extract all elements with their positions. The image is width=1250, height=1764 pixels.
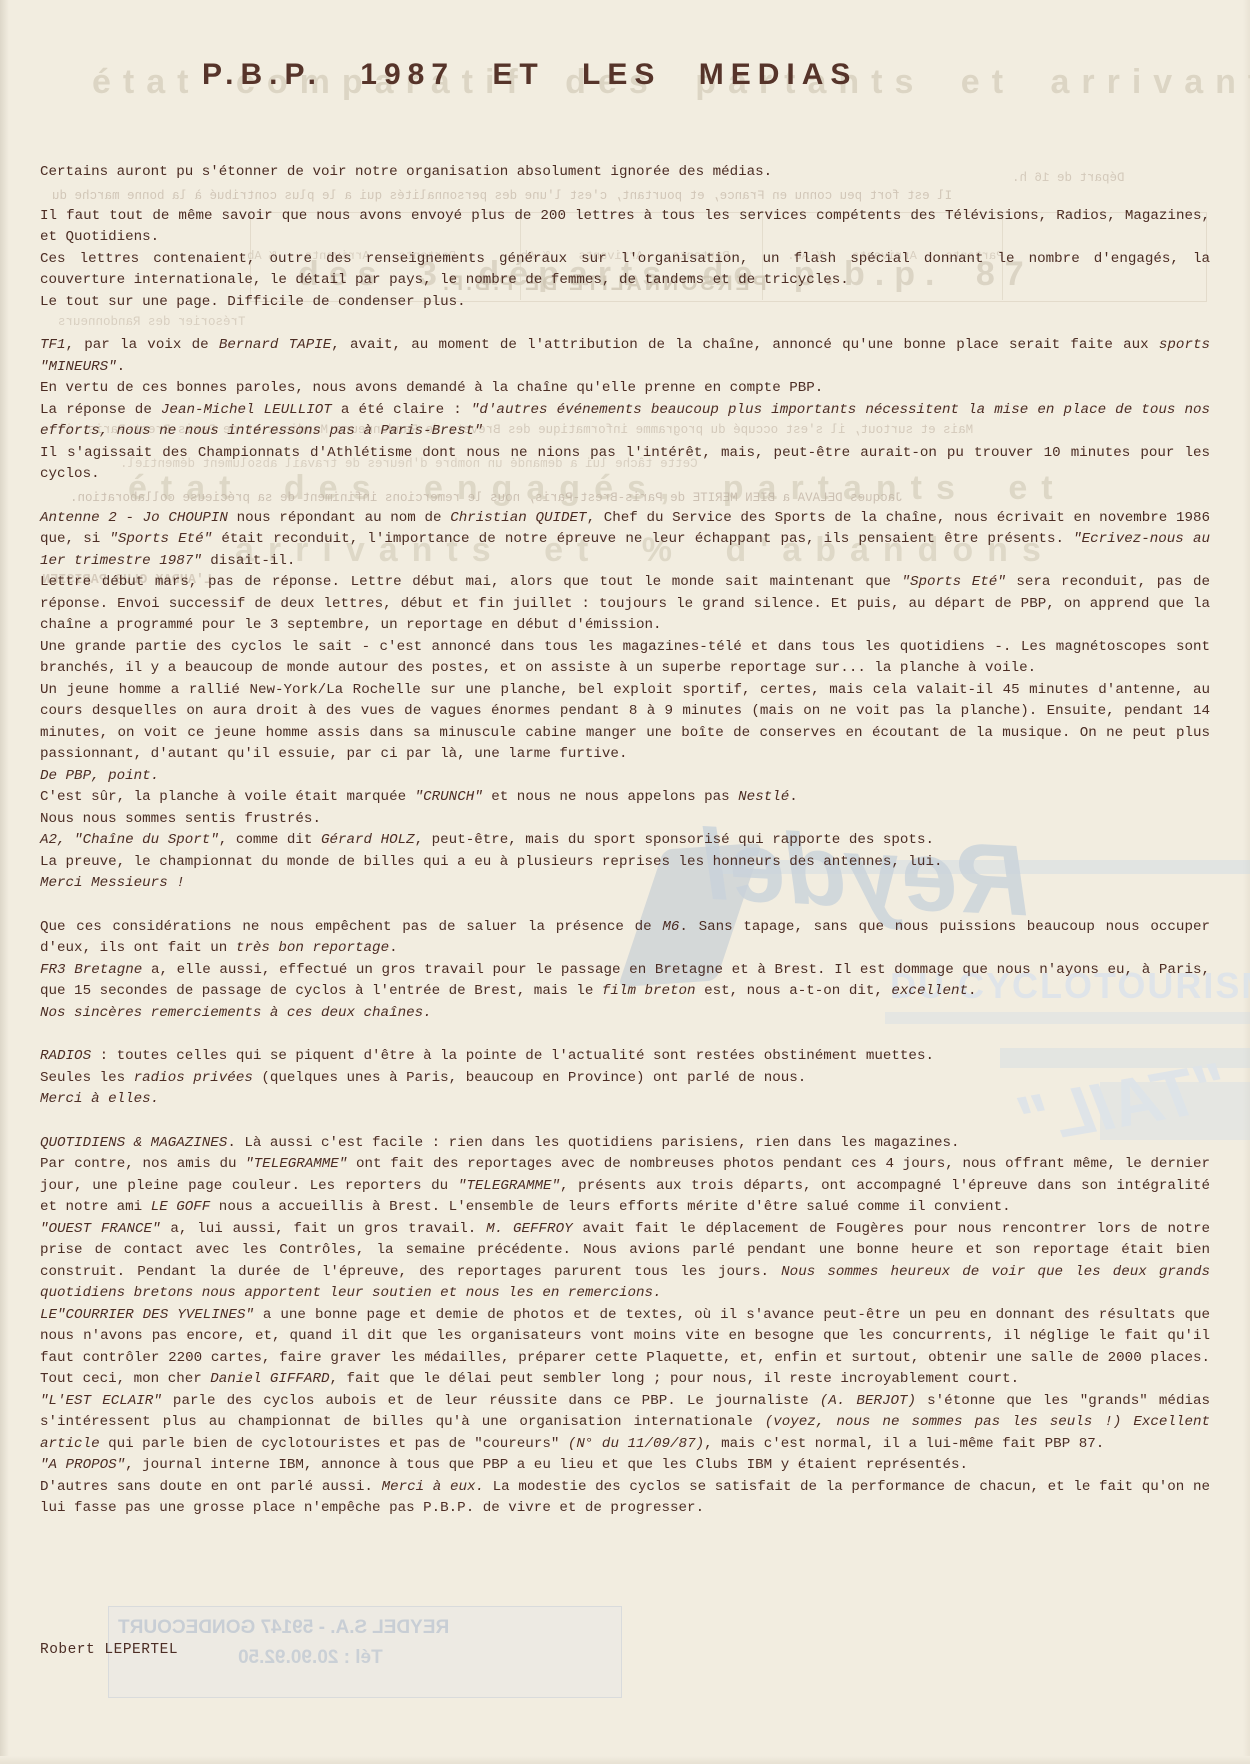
- emphasized-text: (A. BERJOT): [820, 1393, 916, 1409]
- emphasized-text: excellent: [891, 983, 968, 999]
- body-text: Nous nous sommes sentis frustrés.: [40, 811, 321, 827]
- emphasized-text: Nos sincères remerciements à ces deux ch…: [40, 1005, 432, 1021]
- paper-edge-bottom: [0, 1756, 1250, 1764]
- body-text: nous a accueillis à Brest. L'ensemble de…: [210, 1199, 1010, 1215]
- body-text: et nous ne nous appelons pas: [483, 789, 738, 805]
- paragraph: Merci Messieurs !: [40, 873, 1210, 895]
- emphasized-text: LE GOFF: [151, 1199, 211, 1215]
- paragraph: En vertu de ces bonnes paroles, nous avo…: [40, 378, 1210, 400]
- body-text: Que ces considérations ne nous empêchent…: [40, 919, 662, 935]
- emphasized-text: De PBP, point.: [40, 768, 159, 784]
- emphasized-text: "L'EST ECLAIR": [40, 1393, 162, 1409]
- paragraph: Que ces considérations ne nous empêchent…: [40, 917, 1210, 960]
- emphasized-text: Christian QUIDET: [450, 510, 586, 526]
- paragraph: De PBP, point.: [40, 766, 1210, 788]
- body-text: , peut-être, mais du sport sponsorisé qu…: [415, 832, 934, 848]
- body-text: Seules les: [40, 1070, 134, 1086]
- paragraph: A2, "Chaîne du Sport", comme dit Gérard …: [40, 830, 1210, 852]
- body-text: -: [117, 510, 143, 526]
- emphasized-text: "CRUNCH": [415, 789, 483, 805]
- emphasized-text: (N° du 11/09/87): [568, 1436, 704, 1452]
- document-page: état comparatif des partants et arrivant…: [0, 0, 1250, 1764]
- body-text: .: [117, 359, 126, 375]
- emphasized-text: "TELEGRAMME": [245, 1156, 347, 1172]
- body-text: Par contre, nos amis du: [40, 1156, 245, 1172]
- paragraph: Certains auront pu s'étonner de voir not…: [40, 162, 1210, 184]
- page-content: P.B.P. 1987 ET LES MEDIAS Certains auron…: [0, 0, 1250, 1658]
- body-text: , journal interne IBM, annonce à tous qu…: [125, 1457, 968, 1473]
- body-text: a, lui aussi, fait un gros travail.: [161, 1221, 487, 1237]
- body-text: .: [968, 983, 977, 999]
- body-text: Certains auront pu s'étonner de voir not…: [40, 164, 772, 180]
- paragraph: Il s'agissait des Championnats d'Athléti…: [40, 443, 1210, 486]
- emphasized-text: "A PROPOS": [40, 1457, 125, 1473]
- emphasized-text: radios privées: [134, 1070, 253, 1086]
- body-text: disait-il.: [202, 553, 296, 569]
- paragraph: FR3 Bretagne a, elle aussi, effectué un …: [40, 960, 1210, 1003]
- paragraph: Nous nous sommes sentis frustrés.: [40, 809, 1210, 831]
- paragraph: Il faut tout de même savoir que nous avo…: [40, 206, 1210, 249]
- emphasized-text: A2, "Chaîne du Sport": [40, 832, 219, 848]
- body-text: C'est sûr, la planche à voile était marq…: [40, 789, 415, 805]
- body-text: a été claire :: [332, 402, 471, 418]
- paragraph: LE"COURRIER DES YVELINES" a une bonne pa…: [40, 1305, 1210, 1391]
- body-text: : toutes celles qui se piquent d'être à …: [91, 1048, 934, 1064]
- emphasized-text: Nestlé: [738, 789, 789, 805]
- emphasized-text: Merci à elles.: [40, 1091, 159, 1107]
- body-text: Il s'agissait des Championnats d'Athléti…: [40, 445, 1210, 483]
- emphasized-text: RADIOS: [40, 1048, 91, 1064]
- emphasized-text: Antenne 2: [40, 510, 117, 526]
- emphasized-text: Merci Messieurs !: [40, 875, 185, 891]
- paragraph: "L'EST ECLAIR" parle des cyclos aubois e…: [40, 1391, 1210, 1456]
- emphasized-text: film breton: [602, 983, 696, 999]
- body-text: parle des cyclos aubois et de leur réuss…: [162, 1393, 820, 1409]
- paragraph: Lettre début mars, pas de réponse. Lettr…: [40, 572, 1210, 637]
- paragraph: Seules les radios privées (quelques unes…: [40, 1068, 1210, 1090]
- emphasized-text: "Sports Eté": [902, 574, 1006, 590]
- body-paragraphs: Certains auront pu s'étonner de voir not…: [40, 162, 1210, 1520]
- body-text: Un jeune homme a rallié New-York/La Roch…: [40, 682, 1210, 763]
- paragraph: Nos sincères remerciements à ces deux ch…: [40, 1003, 1210, 1025]
- body-text: est, nous a-t-on dit,: [696, 983, 892, 999]
- body-text: D'autres sans doute en ont parlé aussi.: [40, 1479, 382, 1495]
- body-text: , avait, au moment de l'attribution de l…: [331, 337, 1159, 353]
- paragraph: Une grande partie des cyclos le sait - c…: [40, 637, 1210, 680]
- body-text: .: [389, 940, 398, 956]
- body-text: (quelques unes à Paris, beaucoup en Prov…: [253, 1070, 806, 1086]
- emphasized-text: FR3 Bretagne: [40, 962, 142, 978]
- body-text: . Là aussi c'est facile : rien dans les …: [227, 1135, 959, 1151]
- emphasized-text: LE"COURRIER DES YVELINES": [40, 1307, 254, 1323]
- paragraph: Un jeune homme a rallié New-York/La Roch…: [40, 680, 1210, 766]
- paragraph: La réponse de Jean-Michel LEULLIOT a été…: [40, 400, 1210, 443]
- body-text: La réponse de: [40, 402, 161, 418]
- body-text: était reconduit, l'importance de notre é…: [212, 531, 1073, 547]
- body-text: , par la voix de: [66, 337, 219, 353]
- body-text: Une grande partie des cyclos le sait - c…: [40, 639, 1210, 677]
- body-text: nous répondant au nom de: [228, 510, 450, 526]
- body-text: Il faut tout de même savoir que nous avo…: [40, 208, 1210, 246]
- paragraph: La preuve, le championnat du monde de bi…: [40, 852, 1210, 874]
- paragraph: Le tout sur une page. Difficile de conde…: [40, 292, 1210, 314]
- emphasized-text: QUOTIDIENS & MAGAZINES: [40, 1135, 227, 1151]
- emphasized-text: Jean-Michel LEULLIOT: [161, 402, 332, 418]
- body-text: Lettre début mars, pas de réponse. Lettr…: [40, 574, 902, 590]
- emphasized-text: M6: [662, 919, 679, 935]
- body-text: , mais c'est normal, il a lui-même fait …: [704, 1436, 1104, 1452]
- emphasized-text: très bon reportage: [236, 940, 389, 956]
- body-text: .: [789, 789, 798, 805]
- body-text: La preuve, le championnat du monde de bi…: [40, 854, 942, 870]
- paragraph: "A PROPOS", journal interne IBM, annonce…: [40, 1455, 1210, 1477]
- paragraph: C'est sûr, la planche à voile était marq…: [40, 787, 1210, 809]
- paragraph: RADIOS : toutes celles qui se piquent d'…: [40, 1046, 1210, 1068]
- emphasized-text: Bernard TAPIE: [219, 337, 331, 353]
- emphasized-text: "Sports Eté": [109, 531, 212, 547]
- body-text: , fait que le délai peut sembler long ; …: [329, 1371, 1019, 1387]
- paragraph: Par contre, nos amis du "TELEGRAMME" ont…: [40, 1154, 1210, 1219]
- emphasized-text: Daniel GIFFARD: [210, 1371, 329, 1387]
- emphasized-text: "OUEST FRANCE": [40, 1221, 161, 1237]
- body-text: qui parle bien de cyclotouristes et pas …: [100, 1436, 568, 1452]
- emphasized-text: (voyez, nous ne sommes pas les seuls !): [765, 1414, 1122, 1430]
- body-text: En vertu de ces bonnes paroles, nous avo…: [40, 380, 823, 396]
- paragraph: "OUEST FRANCE" a, lui aussi, fait un gro…: [40, 1219, 1210, 1305]
- body-text: Ces lettres contenaient, outre des rense…: [40, 251, 1210, 289]
- paragraph: D'autres sans doute en ont parlé aussi. …: [40, 1477, 1210, 1520]
- paragraph: Ces lettres contenaient, outre des rense…: [40, 249, 1210, 292]
- paragraph: TF1, par la voix de Bernard TAPIE, avait…: [40, 335, 1210, 378]
- paragraph: Antenne 2 - Jo CHOUPIN nous répondant au…: [40, 508, 1210, 573]
- body-text: , comme dit: [219, 832, 321, 848]
- emphasized-text: TF1: [40, 337, 66, 353]
- paragraph: Merci à elles.: [40, 1089, 1210, 1111]
- body-text: Le tout sur une page. Difficile de conde…: [40, 294, 466, 310]
- paragraph: QUOTIDIENS & MAGAZINES. Là aussi c'est f…: [40, 1133, 1210, 1155]
- emphasized-text: M. GEFFROY: [486, 1221, 572, 1237]
- emphasized-text: Gérard HOLZ: [321, 832, 415, 848]
- emphasized-text: "TELEGRAMME": [458, 1178, 560, 1194]
- body-text: [1121, 1414, 1133, 1430]
- page-title: P.B.P. 1987 ET LES MEDIAS: [202, 58, 1210, 92]
- emphasized-text: Merci à eux.: [382, 1479, 484, 1495]
- signature: Robert LEPERTEL: [40, 1642, 1210, 1658]
- emphasized-text: Jo CHOUPIN: [143, 510, 228, 526]
